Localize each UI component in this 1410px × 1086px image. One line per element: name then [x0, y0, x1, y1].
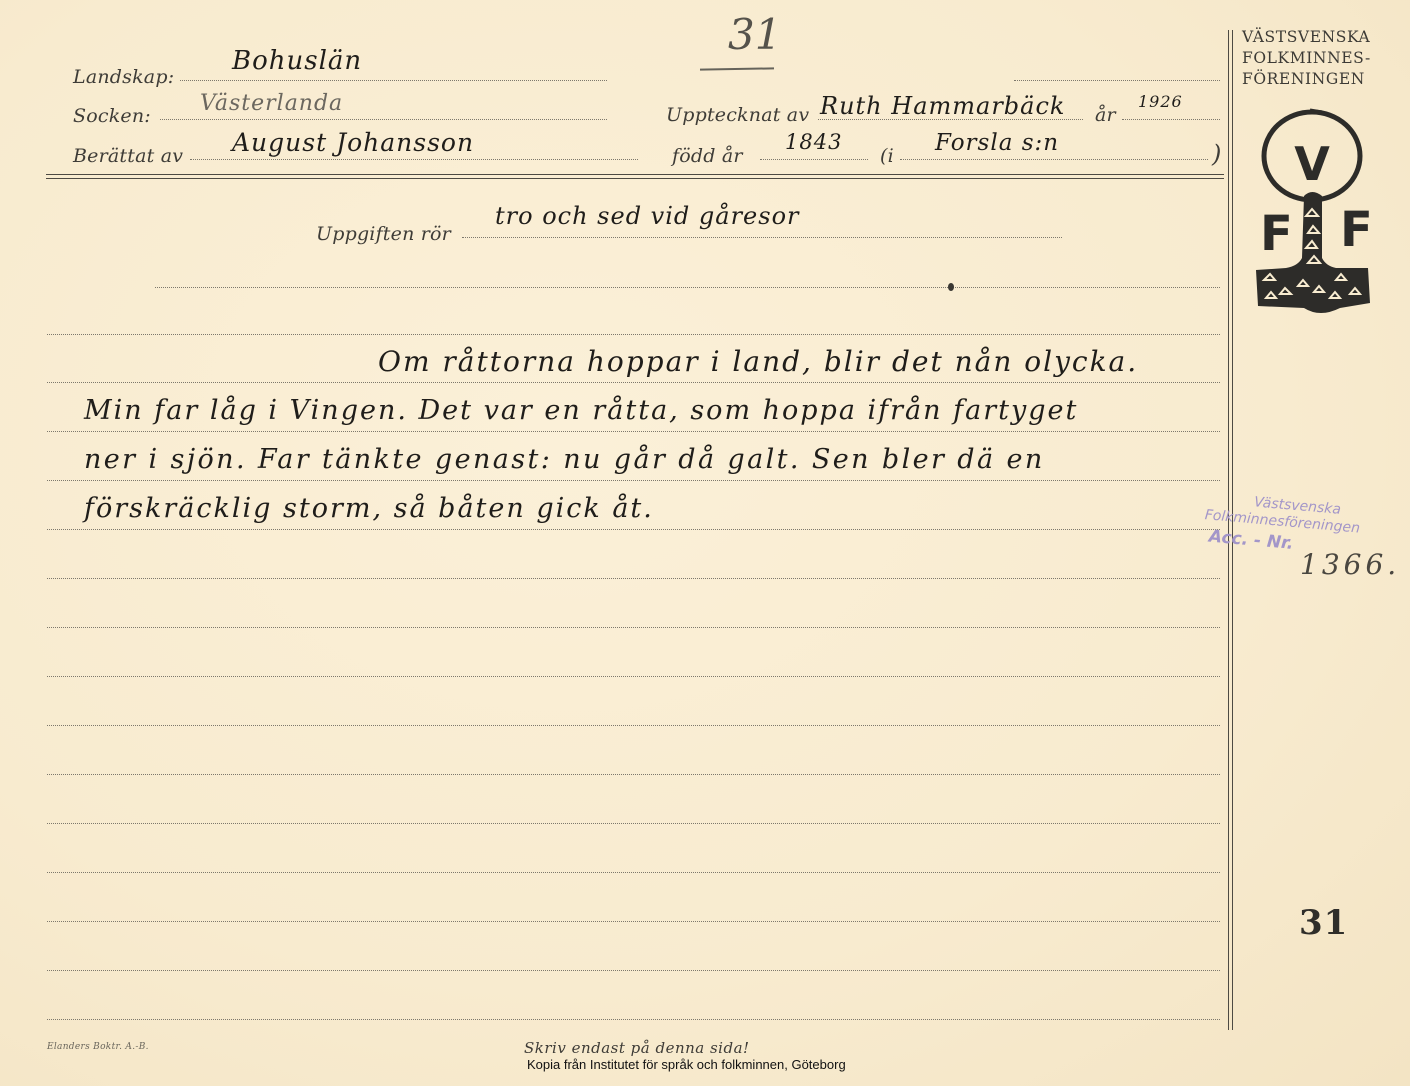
ruled-line [47, 431, 1220, 432]
svg-text:V: V [1294, 137, 1330, 191]
archive-number: 31 [728, 10, 781, 59]
body-line-1: Om råttorna hoppar i land, blir det nån … [378, 345, 1138, 378]
berattat-av-line [190, 159, 638, 160]
write-instruction: Skriv endast på denna sida! [524, 1039, 750, 1057]
berattat-av-value: August Johansson [232, 128, 474, 157]
header-rule-bottom [46, 178, 1224, 179]
landskap-label: Landskap: [73, 66, 174, 88]
top-right-line [1014, 80, 1220, 81]
ruled-line [47, 725, 1220, 726]
ruled-line [47, 676, 1220, 677]
ruled-line [47, 382, 1220, 383]
ink-dot [948, 283, 954, 291]
ruled-line [155, 287, 1220, 288]
landskap-line [180, 80, 607, 81]
svg-text:F: F [1260, 206, 1293, 262]
header-rule-top [46, 174, 1224, 175]
uppgiften-ror-value: tro och sed vid gåresor [495, 202, 800, 230]
ruled-line [47, 627, 1220, 628]
upptecknat-av-value: Ruth Hammarbäck [820, 92, 1065, 120]
socken-value: Västerlanda [200, 91, 343, 116]
fodd-ar-value: 1843 [785, 130, 842, 154]
vff-thors-hammer-logo-icon: V F F [1240, 108, 1390, 323]
ruled-line [47, 970, 1220, 971]
ruled-line [47, 480, 1220, 481]
ruled-line [47, 529, 1220, 530]
ruled-line [47, 823, 1220, 824]
organization-name-line-1: VÄSTSVENSKA [1242, 27, 1371, 48]
page-number: 31 [1299, 903, 1348, 943]
printer-credit: Elanders Boktr. A.-B. [47, 1042, 149, 1052]
socken-line [160, 119, 607, 120]
ruled-line [47, 921, 1220, 922]
organization-name-line-3: FÖRENINGEN [1242, 69, 1371, 90]
ar-value: 1926 [1138, 92, 1183, 111]
ruled-line [47, 774, 1220, 775]
fodd-i-open-label: (i [880, 145, 894, 167]
organization-name: VÄSTSVENSKA FOLKMINNES- FÖRENINGEN [1242, 27, 1371, 90]
fodd-ar-label: född år [672, 145, 743, 167]
uppgiften-ror-label: Uppgiften rör [316, 223, 451, 245]
ar-label: år [1095, 104, 1116, 126]
uppgiften-ror-line [462, 237, 1062, 238]
upptecknat-av-label: Upptecknat av [666, 104, 809, 126]
landskap-value: Bohuslän [232, 46, 362, 76]
fodd-i-close-label: ) [1212, 140, 1222, 168]
accession-number: 1366. [1300, 548, 1400, 581]
fodd-i-line [900, 159, 1208, 160]
ar-line [1122, 119, 1220, 120]
body-line-2: Min far låg i Vingen. Det var en råtta, … [84, 395, 1078, 426]
body-line-3: ner i sjön. Far tänkte genast: nu går då… [84, 444, 1045, 475]
socken-label: Socken: [73, 105, 151, 127]
fodd-ar-line [760, 159, 868, 160]
fodd-i-value: Forsla s:n [935, 130, 1059, 156]
body-line-4: förskräcklig storm, så båten gick åt. [84, 493, 654, 524]
svg-text:F: F [1340, 202, 1373, 258]
organization-name-line-2: FOLKMINNES- [1242, 48, 1371, 69]
ruled-line [47, 872, 1220, 873]
copy-notice: Kopia från Institutet för språk och folk… [527, 1057, 846, 1072]
berattat-av-label: Berättat av [73, 145, 183, 167]
ruled-line [47, 334, 1220, 335]
ruled-line [47, 578, 1220, 579]
ruled-line [47, 1019, 1220, 1020]
